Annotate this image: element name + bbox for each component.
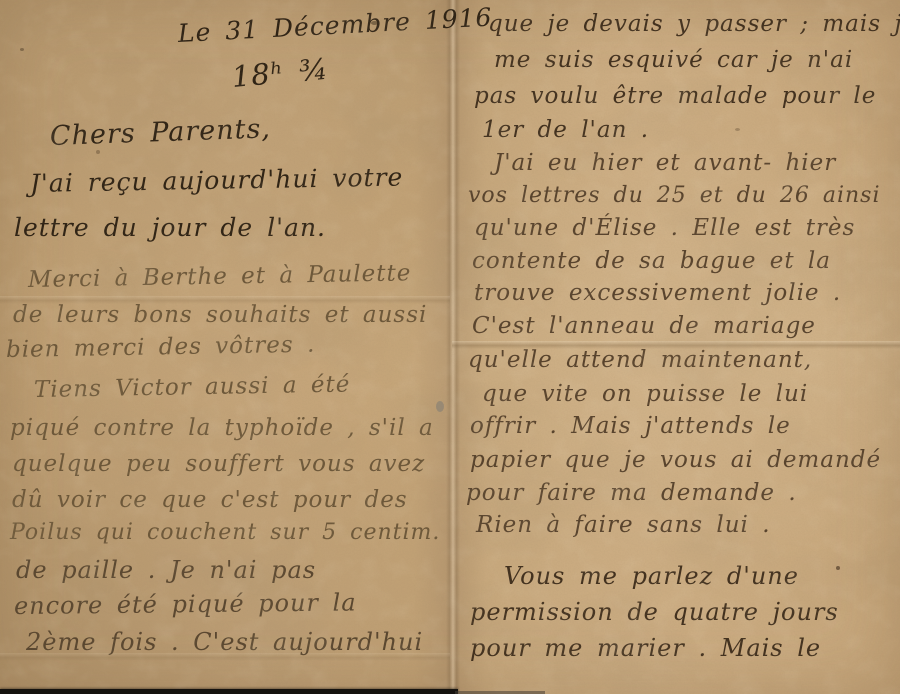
letter-line: quelque peu souffert vous avez <box>12 452 425 477</box>
letter-line: Tiens Victor aussi a été <box>34 372 351 403</box>
letter-line: dû voir ce que c'est pour des <box>12 488 408 513</box>
letter-line: me suis esquivé car je n'ai <box>494 48 853 73</box>
letter-line: piqué contre la typhoïde , s'il a <box>10 416 434 441</box>
time-line: 18ʰ ¾ <box>231 54 330 94</box>
letter-line: C'est l'anneau de mariage <box>472 314 816 339</box>
letter-line: offrir . Mais j'attends le <box>470 414 791 439</box>
letter-line: Vous me parlez d'une <box>504 563 799 589</box>
date-line: Le 31 Décembre 1916 <box>177 4 493 48</box>
letter-line: Poilus qui couchent sur 5 centim. <box>10 521 440 545</box>
letter-line: Merci à Berthe et à Paulette <box>28 261 412 293</box>
letter-scan: Le 31 Décembre 1916 18ʰ ¾ Chers Parents,… <box>0 0 900 694</box>
letter-line: bien merci des vôtres . <box>6 333 316 364</box>
letter-line: pour faire ma demande . <box>466 481 797 506</box>
letter-line: que je devais y passer ; mais je <box>488 12 900 37</box>
salutation: Chers Parents, <box>49 114 271 151</box>
letter-line: J'ai reçu aujourd'hui votre <box>30 163 404 197</box>
letter-line: 2ème fois . C'est aujourd'hui <box>26 629 423 655</box>
letter-line: de leurs bons souhaits et aussi <box>13 303 427 328</box>
scan-edge-shadow-left <box>0 689 458 694</box>
letter-line: encore été piqué pour la <box>14 589 357 619</box>
letter-line: pas voulu être malade pour le <box>474 84 876 109</box>
letter-line: permission de quatre jours <box>470 599 839 625</box>
letter-line: 1er de l'an . <box>482 118 649 143</box>
letter-page-left: Le 31 Décembre 1916 18ʰ ¾ Chers Parents,… <box>0 0 455 694</box>
letter-line: pour me marier . Mais le <box>470 635 821 661</box>
letter-line: papier que je vous ai demandé <box>470 448 881 473</box>
letter-line: vos lettres du 25 et du 26 ainsi <box>468 184 880 208</box>
letter-line: J'ai eu hier et avant- hier <box>494 151 836 176</box>
letter-line: Rien à faire sans lui . <box>476 513 771 538</box>
letter-page-right: que je devais y passer ; mais je me suis… <box>460 0 900 694</box>
letter-line: lettre du jour de l'an. <box>14 214 326 242</box>
letter-line: trouve excessivement jolie . <box>474 281 841 306</box>
letter-line: que vite on puisse le lui <box>482 382 808 407</box>
letter-line: de paille . Je n'ai pas <box>16 557 316 583</box>
letter-line: qu'elle attend maintenant, <box>468 348 812 373</box>
letter-line: qu'une d'Élise . Elle est très <box>474 216 855 241</box>
letter-line: contente de sa bague et la <box>472 249 831 274</box>
